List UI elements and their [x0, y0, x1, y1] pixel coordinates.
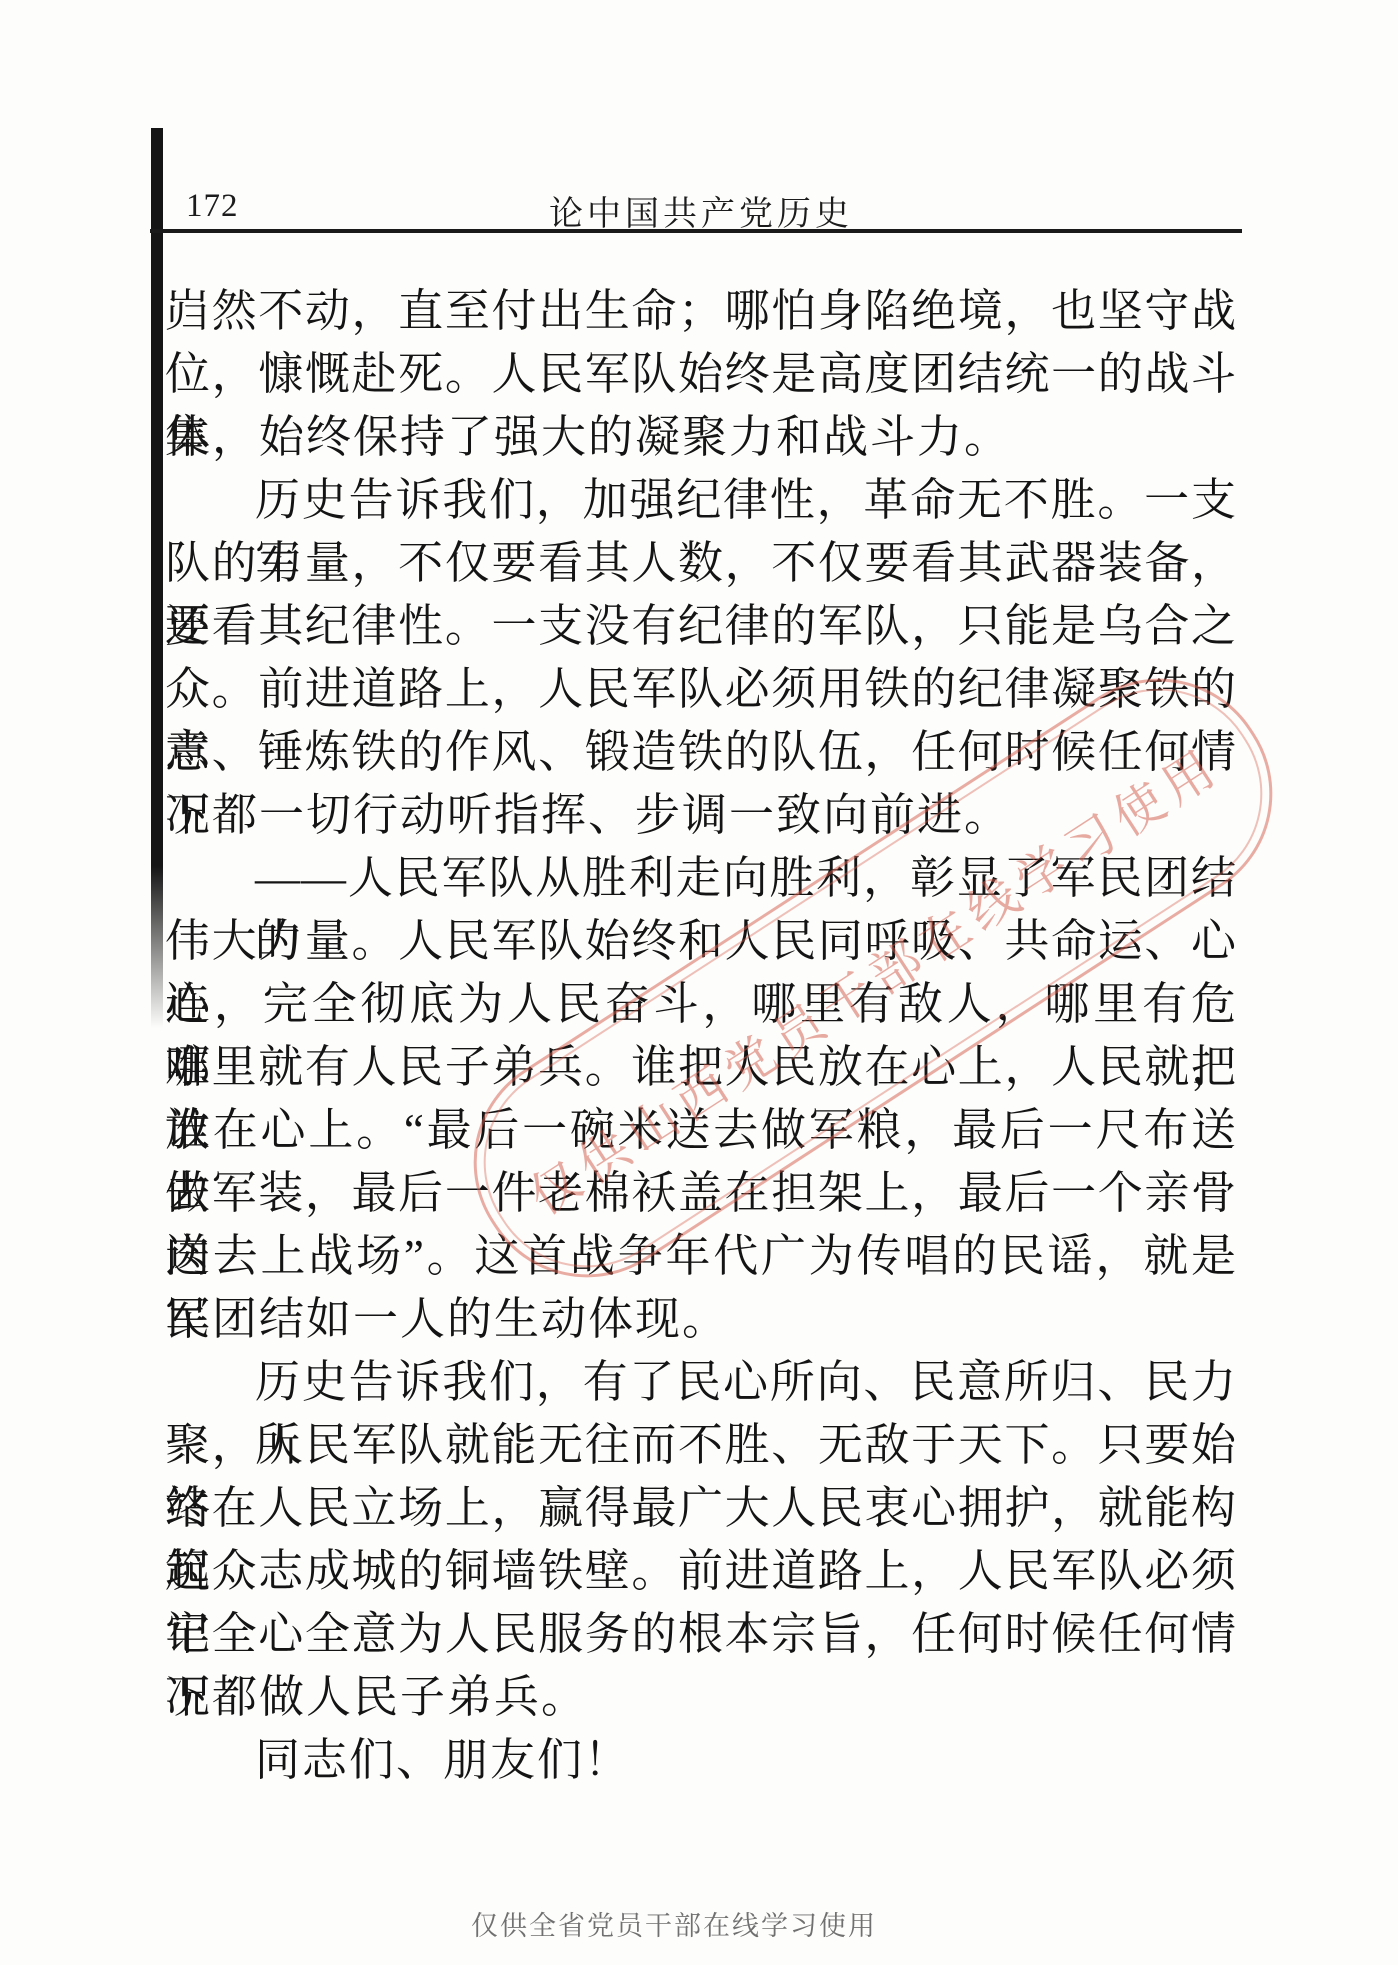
running-title: 论中国共产党历史 — [165, 186, 1237, 235]
paragraph: 同志们、朋友们！ — [165, 1729, 1237, 1792]
text-line: 历史告诉我们，有了民心所向、民意所归、民力所 — [165, 1351, 1237, 1414]
text-line: 记全心全意为人民服务的根本宗旨，任何时候任何情况 — [165, 1603, 1237, 1666]
text-line: 放在心上。“最后一碗米送去做军粮，最后一尺布送去 — [165, 1099, 1237, 1162]
paragraph: 历史告诉我们，有了民心所向、民意所归、民力所聚，人民军队就能无往而不胜、无敌于天… — [165, 1351, 1237, 1729]
body-text: 岿然不动，直至付出生命；哪怕身陷绝境，也坚守战位，慷慨赴死。人民军队始终是高度团… — [165, 280, 1237, 1792]
scan-gutter-line — [151, 128, 163, 1028]
text-line: 站在人民立场上，赢得最广大人民衷心拥护，就能构筑 — [165, 1477, 1237, 1540]
text-line: 伟大力量。人民军队始终和人民同呼吸、共命运、心连 — [165, 910, 1237, 973]
paragraph: 岿然不动，直至付出生命；哪怕身陷绝境，也坚守战位，慷慨赴死。人民军队始终是高度团… — [165, 280, 1237, 469]
text-line: 下都做人民子弟兵。 — [165, 1666, 1237, 1729]
text-line: 聚，人民军队就能无往而不胜、无敌于天下。只要始终 — [165, 1414, 1237, 1477]
text-line: 起众志成城的铜墙铁壁。前进道路上，人民军队必须牢 — [165, 1540, 1237, 1603]
text-line: 送去上战场”。这首战争年代广为传唱的民谣，就是军 — [165, 1225, 1237, 1288]
book-page: 172 论中国共产党历史 岿然不动，直至付出生命；哪怕身陷绝境，也坚守战位，慷慨… — [0, 0, 1398, 1965]
text-line: 做军装，最后一件老棉袄盖在担架上，最后一个亲骨肉 — [165, 1162, 1237, 1225]
text-line: 历史告诉我们，加强纪律性，革命无不胜。一支军 — [165, 469, 1237, 532]
text-line: ——人民军队从胜利走向胜利，彰显了军民团结的 — [165, 847, 1237, 910]
text-line: 众。前进道路上，人民军队必须用铁的纪律凝聚铁的意 — [165, 658, 1237, 721]
text-line: 位，慷慨赴死。人民军队始终是高度团结统一的战斗集 — [165, 343, 1237, 406]
header-rule — [150, 229, 1242, 233]
text-line: 要看其纪律性。一支没有纪律的军队，只能是乌合之 — [165, 595, 1237, 658]
text-line: 同志们、朋友们！ — [165, 1729, 1237, 1792]
paragraph: 历史告诉我们，加强纪律性，革命无不胜。一支军队的力量，不仅要看其人数，不仅要看其… — [165, 469, 1237, 847]
text-line: 民团结如一人的生动体现。 — [165, 1288, 1237, 1351]
text-line: 志、锤炼铁的作风、锻造铁的队伍，任何时候任何情况 — [165, 721, 1237, 784]
paragraph: ——人民军队从胜利走向胜利，彰显了军民团结的伟大力量。人民军队始终和人民同呼吸、… — [165, 847, 1237, 1351]
footer-notice: 仅供全省党员干部在线学习使用 — [0, 1904, 1348, 1943]
text-line: 下都一切行动听指挥、步调一致向前进。 — [165, 784, 1237, 847]
text-line: 体，始终保持了强大的凝聚力和战斗力。 — [165, 406, 1237, 469]
text-line: 岿然不动，直至付出生命；哪怕身陷绝境，也坚守战 — [165, 280, 1237, 343]
text-line: 心，完全彻底为人民奋斗，哪里有敌人，哪里有危难， — [165, 973, 1237, 1036]
text-line: 队的力量，不仅要看其人数，不仅要看其武器装备，还 — [165, 532, 1237, 595]
text-line: 哪里就有人民子弟兵。谁把人民放在心上，人民就把谁 — [165, 1036, 1237, 1099]
